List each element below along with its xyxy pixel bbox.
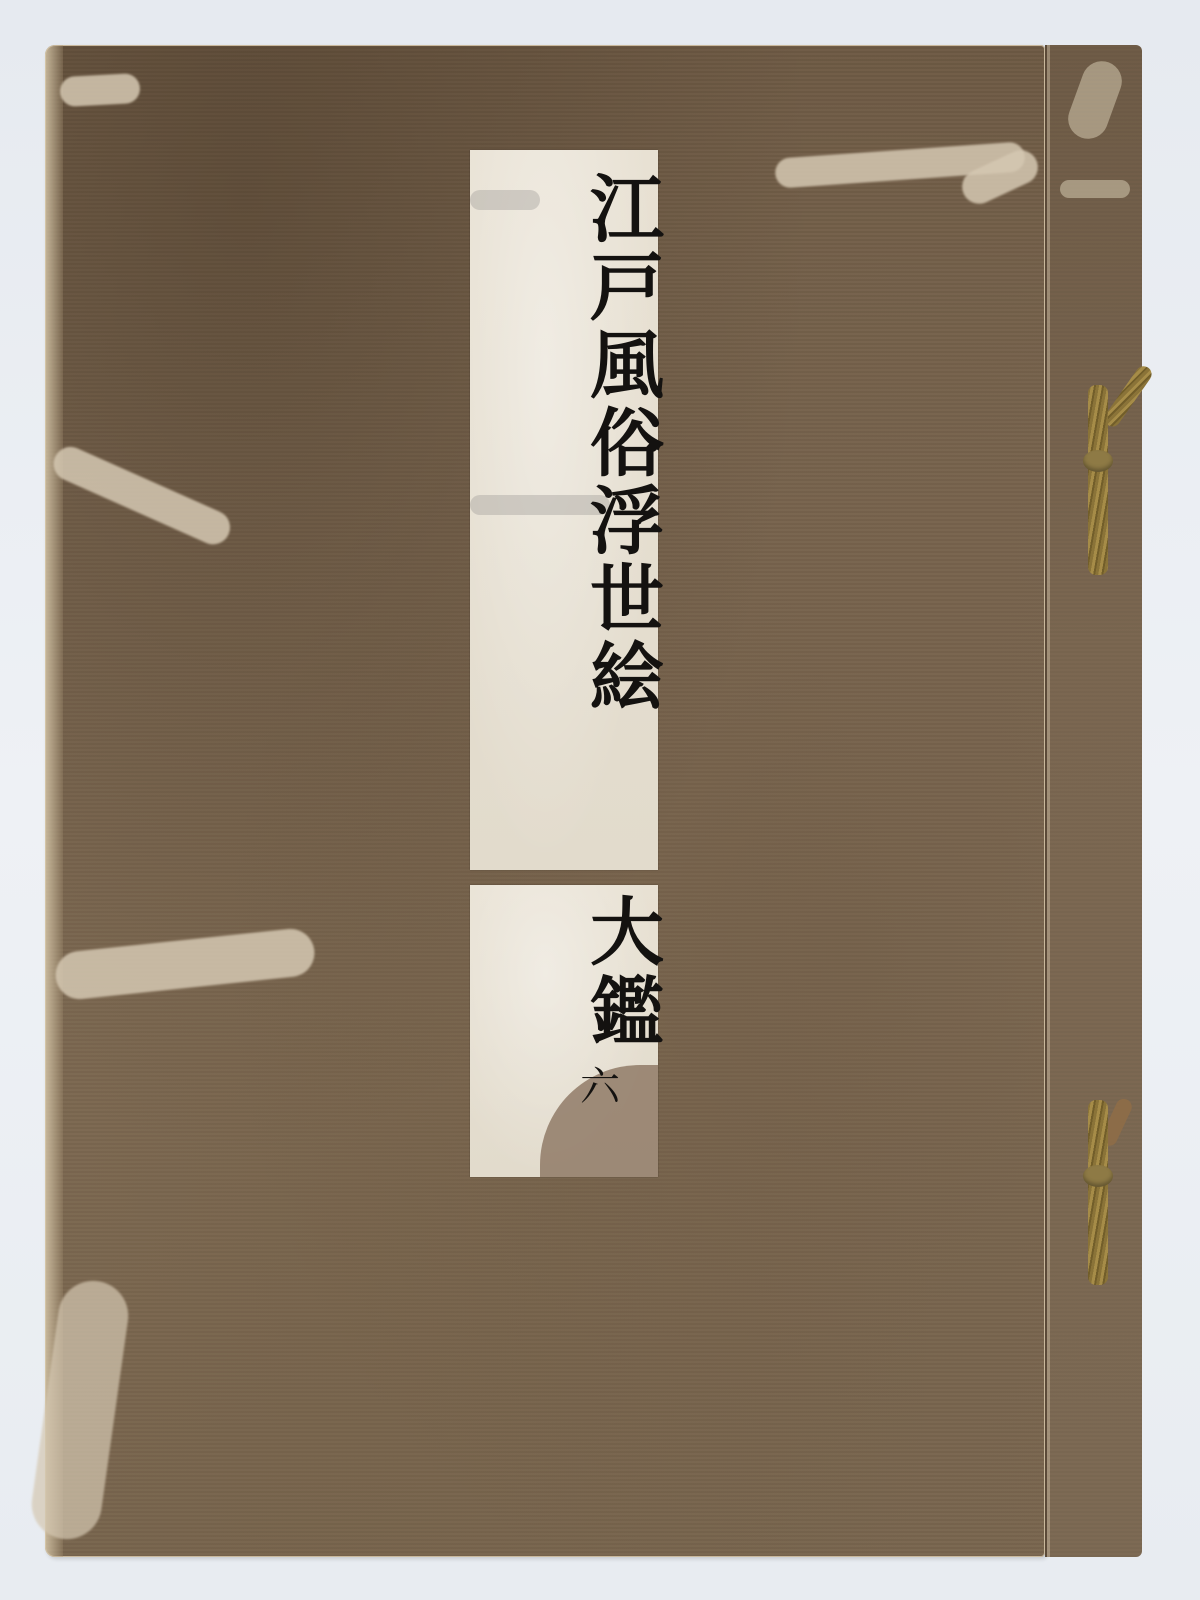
title-text-upper: 江戸風俗浮世絵 bbox=[470, 170, 658, 716]
binding-cord-lower bbox=[1088, 1100, 1108, 1285]
volume-number: 六 bbox=[580, 1055, 620, 1112]
cord-knot-icon bbox=[1083, 450, 1113, 472]
title-text-lower: 大鑑 bbox=[470, 893, 658, 1053]
binding-cord-upper bbox=[1088, 385, 1108, 575]
title-slip-upper: 江戸風俗浮世絵 bbox=[470, 150, 658, 870]
cord-knot-icon bbox=[1083, 1165, 1113, 1187]
book-spine-binding bbox=[1045, 45, 1142, 1557]
worn-patch bbox=[59, 73, 140, 107]
worn-patch bbox=[1060, 180, 1130, 198]
title-slip-lower: 大鑑 六 bbox=[470, 885, 658, 1177]
